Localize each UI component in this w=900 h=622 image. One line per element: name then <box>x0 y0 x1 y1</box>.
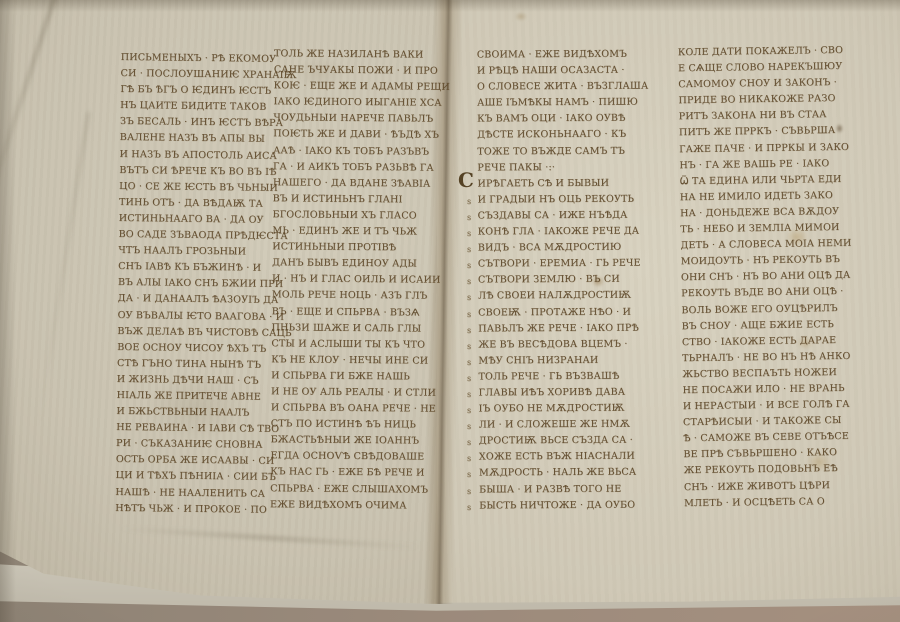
text-line: МѪДРОСТЬ · НАЛЬ ЖЕ ВЬСА <box>479 465 650 482</box>
text-line: ѕ <box>467 307 471 323</box>
text-line <box>467 113 471 129</box>
text-line: ВОЛЬ ВОЖЕ ЕГО ОУЦѢРИЛЪ <box>681 300 852 318</box>
text-line: ЖЕ ВЪ ВЕСѢДОВА ВЦЕМЪ · <box>478 336 649 353</box>
text-line: РЕКОУТЬ ВЪДЕ ВО АНИ ОЦѢ · <box>681 284 852 302</box>
text-line: ІАКО ѤДИНОГО ИЫГАНІЕ ХСА <box>273 95 449 113</box>
text-line: РЕЧЕ ПАКЫ ·:· <box>477 159 648 176</box>
text-line: ѕ <box>467 355 471 371</box>
text-line: НАШѢ · НЕ НААЛЕНИТЬ СА <box>115 484 291 502</box>
text-line: И РѢЦѢ НАШИ ОСАЗАСТА · <box>477 63 648 80</box>
text-line: ВЪ · ЕЩЕ И СПЬРВА · ВЪЗѦ <box>272 304 448 322</box>
text-line: ПАВЬЛЪ ЖЕ РЕЧЕ · ІАКО ПРѢ <box>478 320 649 337</box>
text-line: ѕ <box>467 419 471 435</box>
text-line: БЖАСТЬѢНЫИ ЖЕ ІОАННЪ <box>271 432 447 450</box>
text-line: КЪ ВАМЪ ОЦИ · ІАКО ОУВѢ <box>477 111 648 128</box>
text-line: ВЪТЪ СИ ѢРЕЧЕ КЪ ВО ВЪ ІѢ <box>119 163 295 181</box>
text-line: БЫША · И РАЗВѢ ТОГО НЕ <box>479 481 650 498</box>
text-line: ЦИ И ТѢХЪ ПѢНИІА · СИИ БЪ <box>116 468 292 486</box>
parchment-stain <box>515 12 527 21</box>
text-line: ГАЖЕ ПАЧЕ · И ПРРКЫ И ЗАКО <box>679 139 850 157</box>
text-line: И СПЬРВА ВЪ ОАНА РЕЧЕ · НЕ <box>271 400 447 418</box>
text-line: СВОЕѬ · ПРОТАЖЕ НѢО · И <box>478 304 649 321</box>
right-page-column-1: СВОИМА · ЕЖЕ ВИДѢХОМЪИ РѢЦѢ НАШИ ОСАЗАСТ… <box>477 47 651 515</box>
text-line: ѕ <box>467 258 471 274</box>
text-line: ТОЖЕ ТО ВЪЖДЕ САМЪ ТЪ <box>477 143 648 160</box>
text-line: СВОИМА · ЕЖЕ ВИДѢХОМЪ <box>477 47 648 64</box>
text-line: ТОЛЬ ЖЕ НАЗИЛАНѢ ВАКИ <box>274 46 450 64</box>
text-line: ІЪ ОУБО НЕ МѪДРОСТИѬ <box>479 401 650 418</box>
illuminated-initial-letter: С <box>458 170 474 190</box>
text-line: БГОСЛОВЬНЫИ ХЪ ГЛАСО <box>272 207 448 225</box>
text-line: ѕ <box>467 371 471 387</box>
text-line: ѕ <box>467 387 471 403</box>
text-line: ЕЖЕ ВИДѢХОМЪ ОЧИМА <box>270 497 446 515</box>
text-line: ЛИ · И СЛОЖЕШЕ ЖЕ НМѪ <box>479 417 650 434</box>
text-line <box>467 146 471 162</box>
text-line: ѕ <box>467 435 471 451</box>
text-line: ЖЕ РЕКОУТЬ ПОДОВЬНЪ ЕѢ <box>684 461 855 479</box>
text-line: НѢТЪ ЧЬЖ · И ПРОКОЕ · ПО <box>115 501 291 519</box>
text-line: СТЫ И АСЛЫШИ ТЫ КЪ ЧТО <box>271 336 447 354</box>
text-line <box>467 65 471 81</box>
right-page-column-2: КОЛЕ ДАТИ ПОКАЖЕЛЪ · СВОЕ СѦЩЕ СЛОВО НАР… <box>678 43 855 512</box>
text-line: ѕ <box>467 484 471 500</box>
text-line: ЛѢ СВОЕИ НАЛѪДРОСТИѬ <box>478 288 649 305</box>
text-line: ѕ <box>467 210 471 226</box>
text-line: ѕ <box>467 274 471 290</box>
text-line: ДѢСТЕ ИСКОНЬНААГО · КЪ <box>477 127 648 144</box>
text-line: БЫСТЬ НИЧТОЖЕ · ДА ОУБО <box>479 497 650 514</box>
text-line: ѕ <box>467 290 471 306</box>
text-line: ѕ <box>467 403 471 419</box>
text-line: ѕ <box>467 451 471 467</box>
text-line: ПОѤТЬ ЖЕ И ДАВИ · ѢЪДѢ ХЪ <box>273 127 449 145</box>
text-line: ВАЛЕНЕ НАЗЪ ВЪ АПЫ ВЫ <box>120 130 296 148</box>
text-line: СТѢ ГЪНО ТИНА НЫНѢ ТЪ <box>117 356 293 374</box>
text-line: ѕ <box>467 242 471 258</box>
text-line: ПНЬЗИ ШАЖЕ И САЛЬ ГЛЫ <box>272 320 448 338</box>
text-line: О СЛОВЕСЕ ЖИТА · ВЪЗГЛАША <box>477 79 648 96</box>
text-line: ГА · И АИКЪ ТОБЪ РАЗЬВѢ ГА <box>273 159 449 177</box>
text-line: ГЛАВЫ ИѢЪ ХОРИВѢ ДАВА <box>479 385 650 402</box>
text-line: КЪ НАС ГЬ · ЕЖЕ БѢ РЕЧЕ И <box>270 465 446 483</box>
text-line: ДРОСТИѬ ВЬСЕ СЪЗДА СА · <box>479 433 650 450</box>
text-line: ЦО · СЕ ЖЕ ѤСТЬ ВЪ ЧЬНЫИ <box>119 179 295 197</box>
text-line: ЧОУДЬНЫИ НАРЕЧЕ ПАВЬЛЪ <box>273 111 449 129</box>
text-line: И НАЗЪ ВЪ АПОСТОЛЬ АИСА <box>119 146 295 164</box>
text-line: И ГРАДЫИ НЪ ОЦЬ РЕКОУТЬ <box>478 191 649 208</box>
manuscript-photo: ПИСЬМЕНЫХЪ · РѢ ЕКОМОУСИ · ПОСЛОУШАНИѤ Х… <box>0 0 900 622</box>
text-line: ВЪ СНОУ · АЩЕ БЖИЕ ЕСТЬ <box>682 316 853 334</box>
text-line: И НЕ ОУ АЛЬ РЕАЛЫ · И СТЛИ <box>271 384 447 402</box>
text-line: ХОЖЕ ЕСТЬ ВЪЖ НІАСНАЛИ <box>479 449 650 466</box>
text-line: МЛЕТЬ · И ОСЦѢЕТЬ СА О <box>684 493 855 511</box>
text-line: ОУ ВЪВАЛЫ ѤТО ВААГОВА · И <box>118 307 294 325</box>
text-line: ВИДЪ · ВСА МѪДРОСТИЮ <box>478 240 649 257</box>
left-page-column-2: ТОЛЬ ЖЕ НАЗИЛАНѢ ВАКИСАНЕ ЪЧУАКЫ ПОЖИ · … <box>270 46 450 514</box>
top-edge-shadow <box>0 0 900 12</box>
text-line: СТЪ ПО ИСТИНѢ ѢЪ НИЦЬ <box>271 416 447 434</box>
text-line: ПИТЪ ЖЕ ПРРКЪ · СЪВЬРША <box>679 123 850 141</box>
text-line <box>467 49 471 65</box>
text-line: КОНѢ ГЛА · ІАКОЖЕ РЕЧЕ ДА <box>478 224 649 241</box>
margin-quote-marks: ѕѕѕѕѕѕѕѕѕѕѕѕѕѕѕѕѕѕѕѕ <box>467 49 471 516</box>
text-line: ѕ <box>467 194 471 210</box>
text-line: И СПЬРВА ГИ БЖЕ НАШЬ <box>271 368 447 386</box>
text-line: ВЪЖ ДЕЛАѢ ВЪ ЧИСТОВѢ САЦЬ <box>117 324 293 342</box>
text-line <box>467 97 471 113</box>
text-line <box>467 81 471 97</box>
text-line: ТОЛЬ РЕЧЕ · ГЬ ВЪЗВАШѢ <box>478 368 649 385</box>
left-edge-shadow <box>0 0 16 622</box>
text-line: СНЪ · ИЖЕ ЖИВОТЪ ЦѢРИ <box>684 477 855 495</box>
text-line: СПЬРВА · ЕЖЕ СЛЫШАХОМЪ <box>270 481 446 499</box>
text-line: СЪТВОРИ ЗЕМЛЮ · ВЪ СИ <box>478 272 649 289</box>
text-line: АШЕ ІЪМѢКЫ НАМЪ · ПИШЮ <box>477 95 648 112</box>
text-line: СЪТВОРИ · ЕРЕМИА · ГЬ РЕЧЕ <box>478 256 649 273</box>
text-line: ДА · И ДАНААЛЪ ѢАЗОУІЪ ДА <box>118 291 294 309</box>
text-line: МЬ · ЕДИНЪ ЖЕ И ТЪ ЧЬЖ <box>272 223 448 241</box>
text-line: МѢУ СНІЪ НИЗРАНАИ <box>478 352 649 369</box>
text-line <box>467 129 471 145</box>
text-line: ѕ <box>467 226 471 242</box>
text-line: И · НЪ И ГЛАС ОИЛЬ И ИСАИИ <box>272 272 448 290</box>
text-line: НАШЕГО · ДА ВДАНЕ ЗѢАВІА <box>273 175 449 193</box>
text-line: САНЕ ЪЧУАКЫ ПОЖИ · И ПРО <box>274 62 450 80</box>
text-line: ѕ <box>467 500 471 516</box>
text-line: ЕГДА ОСНОѴѢ СВѢДОВАШЕ <box>270 449 446 467</box>
text-line: ВОЕ ОСНОУ ЧИСОУ ѢХЪ ТЪ <box>117 340 293 358</box>
text-line: ѕ <box>467 339 471 355</box>
text-line: МОЛЬ РЕЧЕ НОЦЬ · АЗЪ ГЛЪ <box>272 288 448 306</box>
text-line: СЪЗДАВЫ СА · ИЖЕ НЪѢДА <box>478 207 649 224</box>
text-line: ВЪ И ИСТИНЬНЪ ГЛАНІ <box>273 191 449 209</box>
text-line: ѕ <box>467 467 471 483</box>
text-line: ААѢ · ІАКО КЪ ТОБЪ РАЗЪВЪ <box>273 143 449 161</box>
text-line: КОѤ · ЕЩЕ ЖЕ И АДАМЫ РЕЩИ <box>274 78 450 96</box>
text-line: КЪ НЕ КЛОУ · НЕЧЫ ИНЕ СИ <box>271 352 447 370</box>
text-line: ѕ <box>467 323 471 339</box>
text-line: ИРѢГАЕТЬ СѢ И БЫВЫИ <box>477 175 648 192</box>
text-line: ДАНЪ БЫВЪ ЕДИНОУ АДЫ <box>272 255 448 273</box>
text-line: ИСТИНЬНЫИ ПРОТІВѢ <box>272 239 448 257</box>
